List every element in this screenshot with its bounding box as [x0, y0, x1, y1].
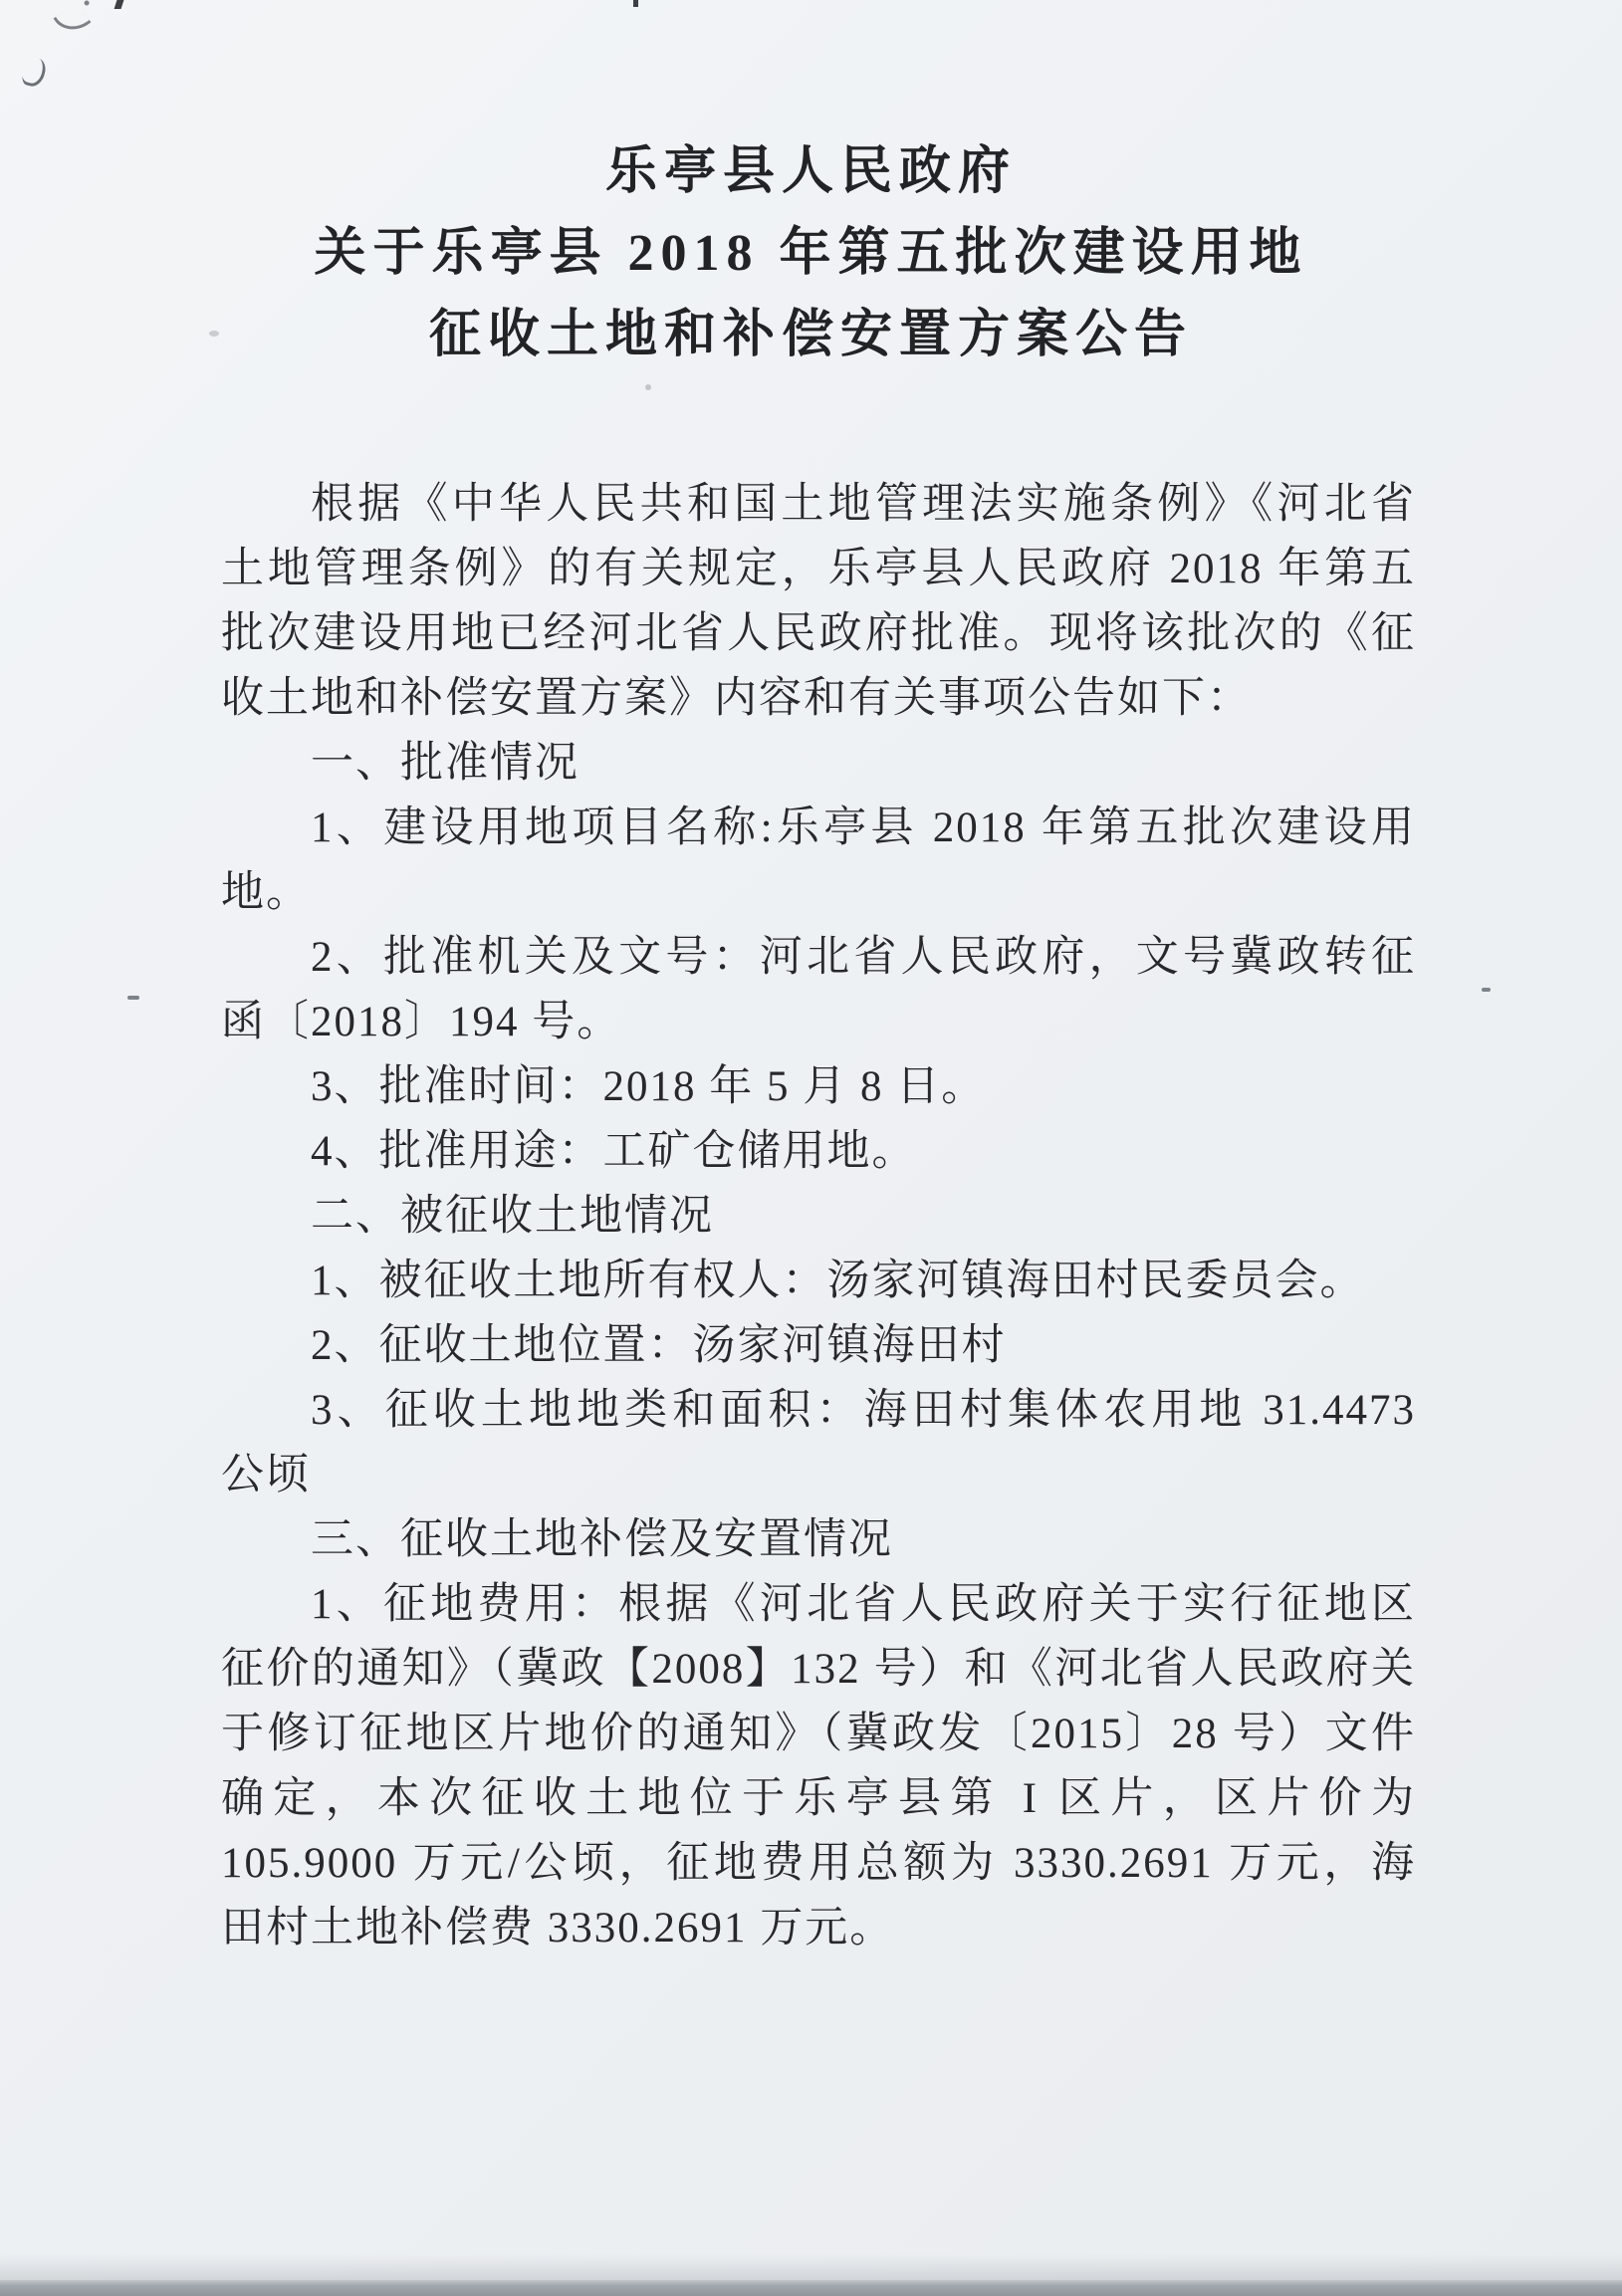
body-paragraph: 二、被征收土地情况 — [221, 1184, 1416, 1249]
text-line: 一、批准情况 — [221, 731, 1416, 796]
body-paragraph: 根据《中华人民共和国土地管理法实施条例》《河北省土地管理条例》的有关规定，乐亭县… — [221, 472, 1416, 731]
text-line: 田村土地补偿费 3330.2691 万元。 — [221, 1896, 1416, 1960]
scan-edge-mark — [115, 0, 124, 9]
text-line: 1、建设用地项目名称:乐亭县 2018 年第五批次建设用 — [221, 796, 1416, 860]
text-line: 函〔2018〕194 号。 — [221, 990, 1416, 1054]
body-paragraph: 3、征收土地地类和面积：海田村集体农用地 31.4473公顷 — [221, 1378, 1416, 1507]
text-line: 2、征收土地位置：汤家河镇海田村 — [221, 1313, 1416, 1378]
body-paragraph: 1、被征收土地所有权人：汤家河镇海田村民委员会。 — [221, 1249, 1416, 1313]
body-paragraph: 1、建设用地项目名称:乐亭县 2018 年第五批次建设用地。 — [221, 796, 1416, 925]
body-paragraph: 三、征收土地补偿及安置情况 — [221, 1507, 1416, 1572]
body-paragraph: 2、批准机关及文号：河北省人民政府，文号冀政转征函〔2018〕194 号。 — [221, 925, 1416, 1054]
title-line-announcement: 征收土地和补偿安置方案公告 — [0, 295, 1622, 376]
pen-scribble-icon — [21, 56, 48, 89]
scan-speck — [209, 331, 219, 337]
text-line: 批次建设用地已经河北省人民政府批准。现将该批次的《征 — [221, 601, 1416, 666]
text-line: 根据《中华人民共和国土地管理法实施条例》《河北省 — [221, 472, 1416, 537]
title-line-subject: 关于乐亭县 2018 年第五批次建设用地 — [0, 213, 1622, 295]
scan-speck — [1482, 988, 1491, 992]
text-line: 4、批准用途：工矿仓储用地。 — [221, 1119, 1416, 1184]
scan-speck — [127, 996, 139, 1000]
body-paragraph: 一、批准情况 — [221, 731, 1416, 796]
text-line: 1、征地费用：根据《河北省人民政府关于实行征地区 — [221, 1572, 1416, 1637]
text-line: 公顷 — [221, 1443, 1416, 1507]
text-line: 二、被征收土地情况 — [221, 1184, 1416, 1249]
document-body: 根据《中华人民共和国土地管理法实施条例》《河北省土地管理条例》的有关规定，乐亭县… — [0, 472, 1416, 1960]
text-line: 收土地和补偿安置方案》内容和有关事项公告如下： — [221, 666, 1416, 731]
body-paragraph: 1、征地费用：根据《河北省人民政府关于实行征地区征价的通知》（冀政【2008】1… — [221, 1572, 1416, 1960]
text-line: 土地管理条例》的有关规定，乐亭县人民政府 2018 年第五 — [221, 537, 1416, 601]
text-line: 确定，本次征收土地位于乐亭县第 I 区片，区片价为 — [221, 1766, 1416, 1831]
text-line: 105.9000 万元/公顷，征地费用总额为 3330.2691 万元，海 — [221, 1831, 1416, 1896]
body-paragraph: 3、批准时间：2018 年 5 月 8 日。 — [221, 1054, 1416, 1119]
scanned-document-page: 乐亭县人民政府 关于乐亭县 2018 年第五批次建设用地 征收土地和补偿安置方案… — [0, 0, 1622, 2296]
title-line-government: 乐亭县人民政府 — [0, 131, 1622, 213]
text-line: 地。 — [221, 860, 1416, 925]
scan-edge-shadow — [0, 2280, 1622, 2296]
text-line: 三、征收土地补偿及安置情况 — [221, 1507, 1416, 1572]
document-title: 乐亭县人民政府 关于乐亭县 2018 年第五批次建设用地 征收土地和补偿安置方案… — [0, 131, 1622, 376]
text-line: 3、征收土地地类和面积：海田村集体农用地 31.4473 — [221, 1378, 1416, 1443]
text-line: 征价的通知》（冀政【2008】132 号）和《河北省人民政府关 — [221, 1637, 1416, 1702]
body-paragraph: 4、批准用途：工矿仓储用地。 — [221, 1119, 1416, 1184]
pen-scribble-icon — [53, 2, 91, 39]
body-paragraph: 2、征收土地位置：汤家河镇海田村 — [221, 1313, 1416, 1378]
text-line: 于修订征地区片地价的通知》（冀政发〔2015〕28 号）文件 — [221, 1702, 1416, 1766]
text-line: 2、批准机关及文号：河北省人民政府，文号冀政转征 — [221, 925, 1416, 990]
scan-speck — [645, 384, 651, 390]
text-line: 3、批准时间：2018 年 5 月 8 日。 — [221, 1054, 1416, 1119]
text-line: 1、被征收土地所有权人：汤家河镇海田村民委员会。 — [221, 1249, 1416, 1313]
scan-edge-mark — [633, 0, 638, 7]
